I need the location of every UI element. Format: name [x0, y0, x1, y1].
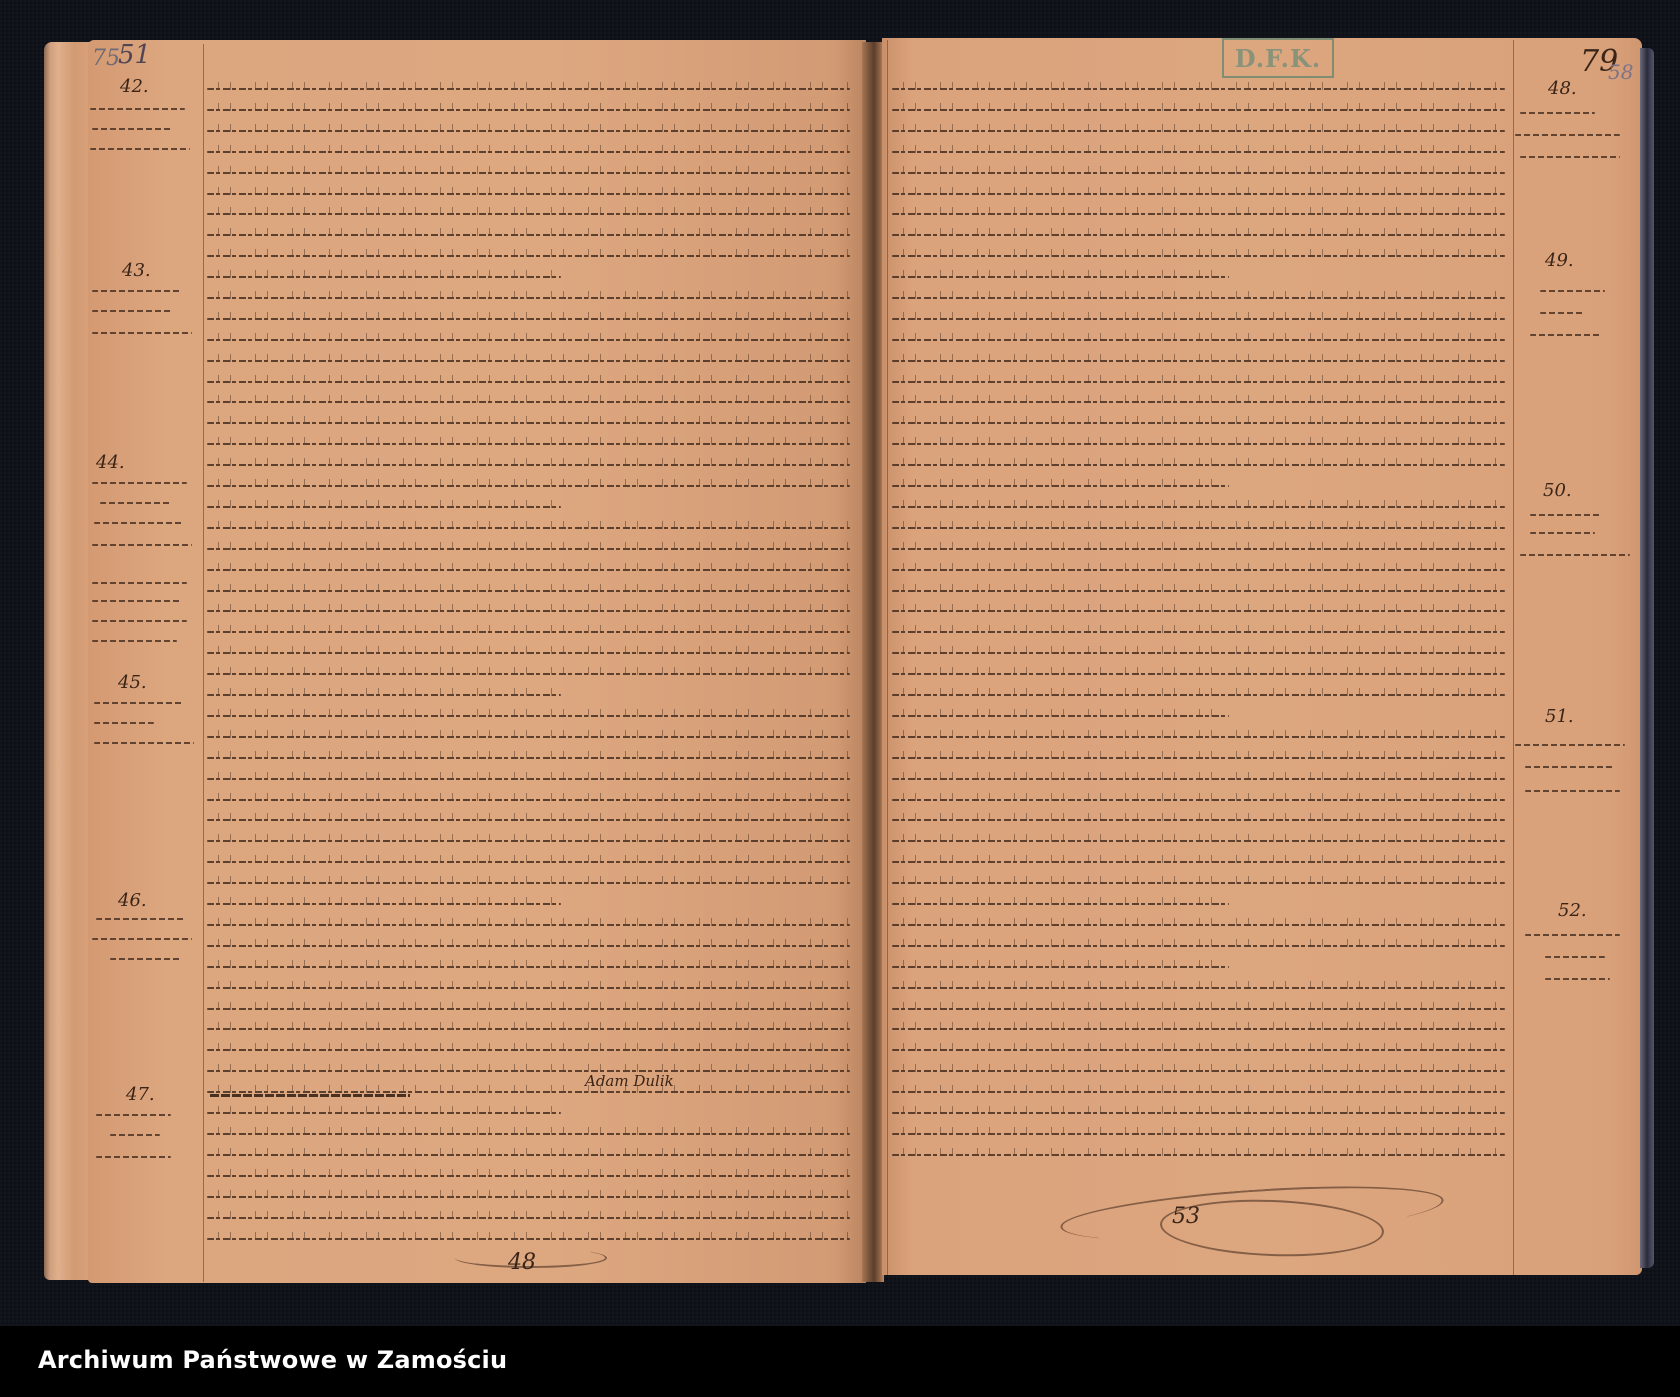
entry-44-name: [92, 544, 192, 546]
handwritten-line: [892, 631, 1505, 633]
handwritten-line: [207, 694, 561, 696]
right-binding-edge: [1640, 48, 1654, 1268]
handwritten-line: [207, 1028, 850, 1030]
book-spine: [862, 42, 884, 1282]
handwritten-line: [892, 1049, 1505, 1051]
handwritten-line: [892, 778, 1505, 780]
entry-49-name: [1530, 334, 1600, 336]
entry-42-name: [90, 148, 190, 150]
entry-42-name: [92, 128, 172, 130]
entry-49-name: [1540, 312, 1585, 314]
handwritten-line: [892, 109, 1505, 111]
handwritten-line: [207, 527, 850, 529]
right-left-rule: [887, 40, 888, 1275]
handwritten-line: [207, 255, 850, 257]
handwritten-line: [892, 715, 1229, 717]
entry-number-42: 42.: [120, 76, 149, 97]
entry-42-name: [90, 108, 185, 110]
entry-48-name: [1520, 156, 1620, 158]
handwritten-line: [892, 945, 1505, 947]
handwritten-line: [892, 1028, 1505, 1030]
entry-45-name: [94, 742, 194, 744]
handwritten-line: [892, 861, 1505, 863]
entry-47-name: [96, 1114, 171, 1116]
entry-47-name: [96, 1156, 171, 1158]
handwritten-line: [892, 422, 1505, 424]
handwritten-line: [892, 88, 1505, 90]
handwritten-line: [892, 360, 1505, 362]
handwritten-line: [207, 590, 850, 592]
handwritten-line: [892, 903, 1229, 905]
left-bottom-page-number: 48: [508, 1250, 536, 1275]
handwritten-line: [892, 381, 1505, 383]
entry-number-44: 44.: [96, 452, 125, 473]
handwritten-line: [892, 339, 1505, 341]
handwritten-line: [892, 151, 1505, 153]
entry-number-49: 49.: [1545, 250, 1574, 271]
handwritten-line: [207, 88, 850, 90]
handwritten-line: [892, 255, 1505, 257]
handwritten-line: [207, 318, 850, 320]
handwritten-line: [892, 234, 1505, 236]
archive-stamp: D.F.K.: [1222, 38, 1334, 78]
entry-44-name: [94, 522, 184, 524]
entry-50-name: [1530, 532, 1595, 534]
handwritten-line: [207, 172, 850, 174]
handwritten-line: [207, 1154, 850, 1156]
handwritten-line: [207, 1112, 561, 1114]
marginal-note: Adam Dulik: [585, 1072, 674, 1090]
entry-number-45: 45.: [118, 672, 147, 693]
entry-49-name: [1540, 290, 1605, 292]
right-folio-pencil: 58: [1608, 60, 1633, 84]
entry-46-name: [110, 958, 180, 960]
entry-44-note: [92, 620, 187, 622]
handwritten-line: [892, 694, 1505, 696]
left-folio-ink: 51: [118, 40, 151, 70]
handwritten-line: [207, 1049, 850, 1051]
handwritten-line: [892, 506, 1505, 508]
entry-44-name: [92, 482, 187, 484]
handwritten-line: [207, 193, 850, 195]
entry-48-name: [1515, 134, 1620, 136]
entry-number-50: 50.: [1543, 480, 1572, 501]
right-bottom-page-number: 53: [1172, 1204, 1200, 1229]
left-folio-pencil: 75: [92, 46, 120, 71]
handwritten-line: [207, 882, 850, 884]
handwritten-line: [207, 757, 850, 759]
handwritten-line: [207, 799, 850, 801]
handwritten-line: [207, 401, 850, 403]
handwritten-line: [207, 569, 850, 571]
handwritten-line: [207, 966, 850, 968]
handwritten-line: [207, 381, 850, 383]
footer-bar: Archiwum Państwowe w Zamościu: [0, 1326, 1680, 1397]
handwritten-line: [892, 130, 1505, 132]
handwritten-line: [892, 464, 1505, 466]
handwritten-line: [892, 819, 1505, 821]
handwritten-line: [207, 1070, 850, 1072]
entry-44-note: [92, 640, 177, 642]
handwritten-line: [892, 882, 1505, 884]
handwritten-line: [207, 151, 850, 153]
handwritten-line: [892, 736, 1505, 738]
entry-45-name: [94, 722, 154, 724]
handwritten-line: [207, 464, 850, 466]
handwritten-line: [892, 652, 1505, 654]
handwritten-line: [207, 736, 850, 738]
handwritten-line: [207, 109, 850, 111]
handwritten-line: [207, 903, 561, 905]
left-page: [88, 40, 866, 1283]
handwritten-line: [207, 1133, 850, 1135]
handwritten-line: [207, 610, 850, 612]
entry-50-name: [1520, 554, 1630, 556]
handwritten-line: [892, 1091, 1505, 1093]
handwritten-line: [207, 987, 850, 989]
handwritten-line: [892, 757, 1505, 759]
entry-number-47: 47.: [126, 1084, 155, 1105]
entry-45-name: [94, 702, 184, 704]
handwritten-line: [207, 715, 850, 717]
handwritten-line: [207, 339, 850, 341]
handwritten-line: [207, 485, 850, 487]
handwritten-line: [892, 193, 1505, 195]
entry-52-name: [1545, 956, 1605, 958]
left-page-stack-edge: [44, 42, 94, 1280]
entry-44-name: [100, 502, 170, 504]
handwritten-line: [892, 527, 1505, 529]
entry-43-name: [92, 290, 182, 292]
handwritten-line: [207, 840, 850, 842]
entry-46-name: [92, 938, 192, 940]
handwritten-line: [207, 422, 850, 424]
entry-46-name: [96, 918, 186, 920]
handwritten-line: [207, 924, 850, 926]
handwritten-line: [207, 778, 850, 780]
handwritten-line: [207, 631, 850, 633]
handwritten-line: [207, 234, 850, 236]
handwritten-line: [892, 799, 1505, 801]
handwritten-line: [207, 1008, 850, 1010]
handwritten-line: [892, 987, 1505, 989]
entry-number-46: 46.: [118, 890, 147, 911]
entry-number-51: 51.: [1545, 706, 1574, 727]
handwritten-line: [892, 569, 1505, 571]
handwritten-line: [892, 548, 1505, 550]
handwritten-line: [207, 130, 850, 132]
entry-52-name: [1545, 978, 1610, 980]
handwritten-line: [207, 213, 850, 215]
handwritten-line: [207, 443, 850, 445]
handwritten-line: [892, 610, 1505, 612]
handwritten-line: [892, 840, 1505, 842]
handwritten-line: [892, 1070, 1505, 1072]
handwritten-line: [892, 924, 1505, 926]
handwritten-line: [207, 1196, 850, 1198]
handwritten-line: [207, 861, 850, 863]
handwritten-line: [207, 1217, 850, 1219]
entry-51-name: [1525, 766, 1615, 768]
handwritten-line: [207, 276, 561, 278]
handwritten-line: [207, 945, 850, 947]
handwritten-line: [207, 1175, 850, 1177]
handwritten-line: [892, 318, 1505, 320]
entry-44-note: [92, 600, 182, 602]
handwritten-line: [892, 673, 1505, 675]
left-margin-rule: [203, 44, 204, 1282]
handwritten-line: [892, 172, 1505, 174]
handwritten-line: [207, 548, 850, 550]
handwritten-line: [892, 443, 1505, 445]
entry-44-note: [92, 582, 187, 584]
handwritten-line: [207, 360, 850, 362]
handwritten-line: [207, 1091, 850, 1093]
handwritten-line: [207, 652, 850, 654]
entry-number-52: 52.: [1558, 900, 1587, 921]
handwritten-line: [892, 1154, 1505, 1156]
handwritten-line: [207, 506, 561, 508]
entry-50-name: [1530, 514, 1600, 516]
handwritten-line: [892, 401, 1505, 403]
handwritten-line: [892, 213, 1505, 215]
handwritten-line: [892, 966, 1229, 968]
handwritten-line: [207, 297, 850, 299]
entry-51-name: [1525, 790, 1620, 792]
entry-52-name: [1525, 934, 1620, 936]
right-margin-rule: [1513, 40, 1514, 1275]
handwritten-line: [892, 1008, 1505, 1010]
entry-47-name: [110, 1134, 160, 1136]
entry-51-name: [1515, 744, 1625, 746]
entry-number-48: 48.: [1548, 78, 1577, 99]
entry-48-name: [1520, 112, 1595, 114]
handwritten-line: [892, 1112, 1505, 1114]
entry-43-name: [92, 310, 172, 312]
handwritten-line: [207, 673, 850, 675]
entry-43-name: [92, 332, 192, 334]
archive-name: Archiwum Państwowe w Zamościu: [38, 1346, 507, 1374]
handwritten-line: [207, 819, 850, 821]
handwritten-line: [207, 1238, 850, 1240]
handwritten-line: [892, 485, 1229, 487]
entry-number-43: 43.: [122, 260, 151, 281]
entry-47-heading-signature: [210, 1094, 410, 1097]
handwritten-line: [892, 297, 1505, 299]
handwritten-line: [892, 1133, 1505, 1135]
handwritten-line: [892, 276, 1229, 278]
handwritten-line: [892, 590, 1505, 592]
